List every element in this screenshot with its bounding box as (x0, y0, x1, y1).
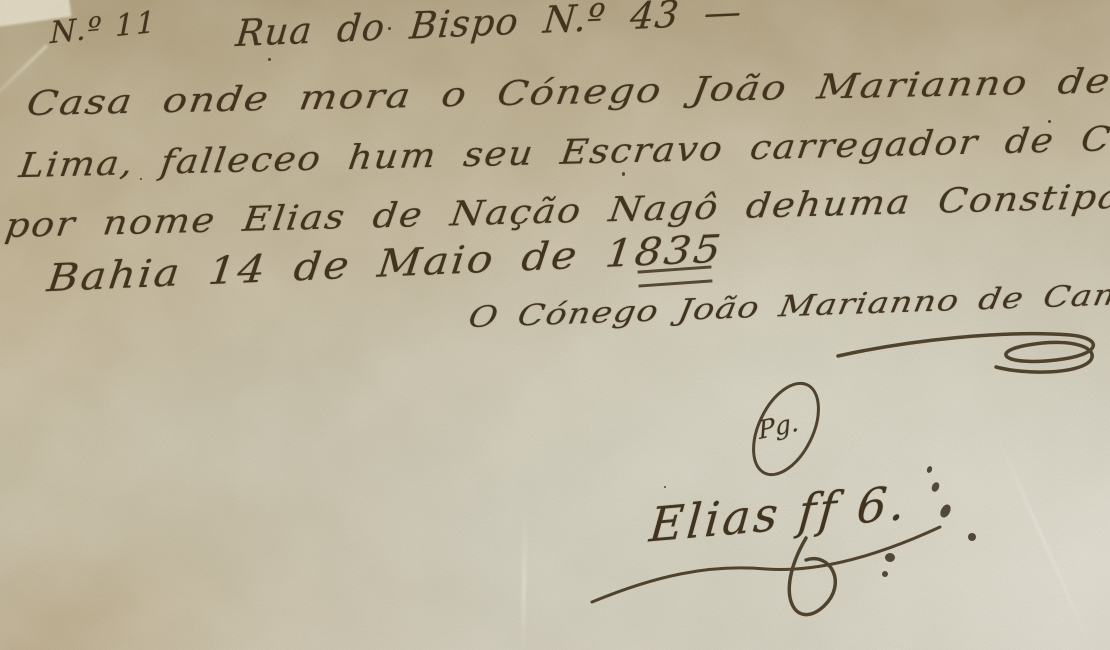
ink-splatter-dot (926, 465, 933, 473)
ink-speck (664, 486, 666, 488)
manuscript-photo: N.º 11 Rua do Bispo N.º 43 — Casa onde m… (0, 0, 1110, 650)
date-terminal-dashes (637, 265, 712, 287)
signature-paraph-stroke (838, 334, 1093, 372)
ink-speck (622, 172, 625, 176)
scrawl-loop-stroke (789, 538, 835, 615)
paper-crease-vertical (521, 512, 528, 650)
ink-splatter-dot (938, 503, 953, 520)
ink-speck (1048, 120, 1051, 123)
clerk-scrawl-label: Elias ff 6. (647, 475, 910, 553)
paper-crease-diagonal (991, 425, 1095, 650)
ink-speck (388, 27, 391, 30)
ink-splatter-dot (930, 481, 941, 493)
body-line-1: Casa onde mora o Cónego João Marianno de… (24, 57, 1110, 124)
ink-splatter-dot (968, 533, 976, 541)
paid-mark-label: Pg. (757, 408, 800, 445)
signature-line: O Cónego João Marianno de Campos (466, 275, 1110, 334)
body-line-2: Lima, falleceo hum seu Escravo carregado… (17, 116, 1110, 186)
ink-speck (268, 58, 271, 61)
ink-splatter-dot (885, 553, 895, 562)
ink-speck (140, 178, 142, 180)
street-address-line: Rua do Bispo N.º 43 — (234, 0, 744, 55)
ink-splatter-dot (882, 571, 888, 577)
